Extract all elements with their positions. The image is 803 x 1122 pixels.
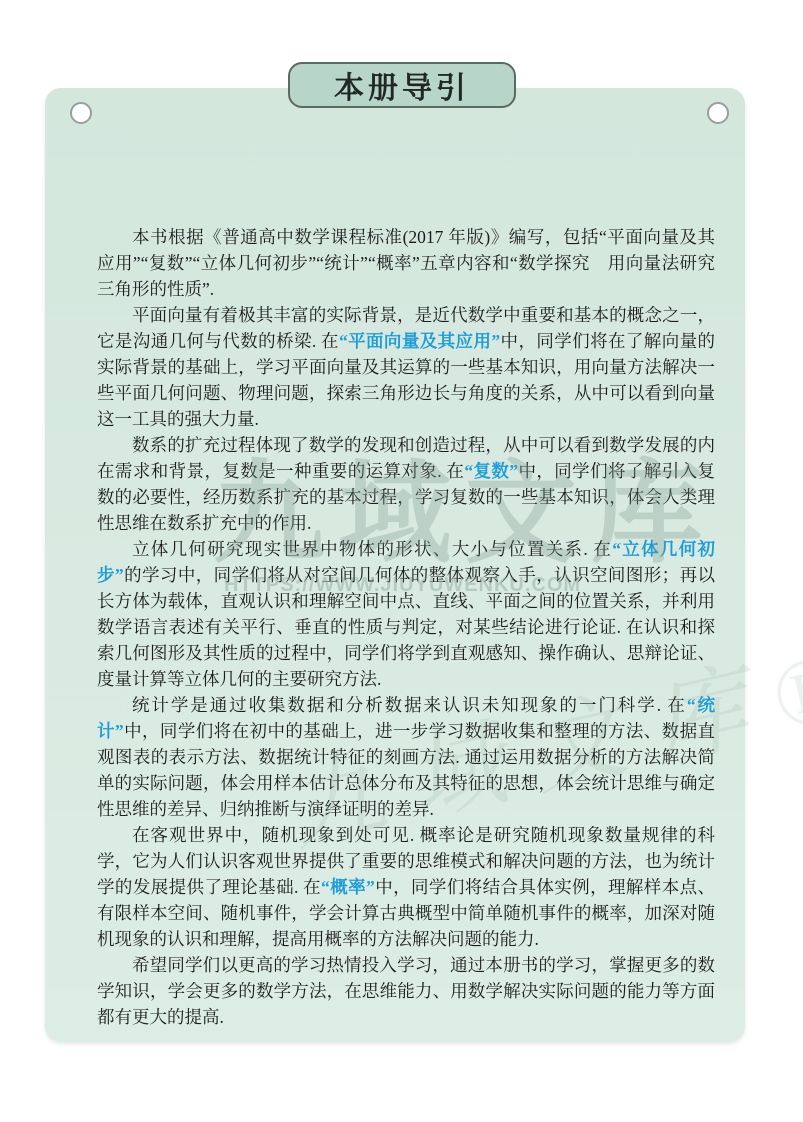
paragraph-text: 希望同学们以更高的学习热情投入学习，通过本册书的学习，掌握更多的数学知识，学会更… — [97, 955, 715, 1027]
binder-hole-left — [70, 102, 92, 124]
paragraph-text: 的学习中，同学们将从对空间几何体的整体观察入手，认识空间图形；再以长方体为载体，… — [97, 565, 715, 689]
paragraph-text: 本书根据《普通高中数学课程标准(2017 年版)》编写，包括“平面向量及其应用”… — [97, 227, 715, 299]
paragraph: 立体几何研究现实世界中物体的形状、大小与位置关系. 在“立体几何初步”的学习中，… — [97, 536, 715, 692]
page-content: 本书根据《普通高中数学课程标准(2017 年版)》编写，包括“平面向量及其应用”… — [97, 224, 715, 1030]
chapter-term-highlight: “复数” — [464, 461, 518, 481]
paragraph: 在客观世界中，随机现象到处可见. 概率论是研究随机现象数量规律的科学，它为人们认… — [97, 822, 715, 952]
paragraph: 希望同学们以更高的学习热情投入学习，通过本册书的学习，掌握更多的数学知识，学会更… — [97, 952, 715, 1030]
page-title-tab: 本册导引 — [288, 62, 516, 108]
paragraph: 统计学是通过收集数据和分析数据来认识未知现象的一门科学. 在“统计”中，同学们将… — [97, 692, 715, 822]
paragraph: 本书根据《普通高中数学课程标准(2017 年版)》编写，包括“平面向量及其应用”… — [97, 224, 715, 302]
binder-hole-right — [707, 102, 729, 124]
page-title: 本册导引 — [334, 63, 470, 107]
paragraph-text: 立体几何研究现实世界中物体的形状、大小与位置关系. 在 — [132, 539, 612, 559]
chapter-term-highlight: “概率” — [321, 877, 375, 897]
paragraph-text: 统计学是通过收集数据和分析数据来认识未知现象的一门科学. 在 — [132, 695, 687, 715]
paragraph-text: 中，同学们将在初中的基础上，进一步学习数据收集和整理的方法、数据直观图表的表示方… — [97, 721, 715, 819]
paragraph: 数系的扩充过程体现了数学的发现和创造过程，从中可以看到数学发展的内在需求和背景，… — [97, 432, 715, 536]
paragraph: 平面向量有着极其丰富的实际背景，是近代数学中重要和基本的概念之一，它是沟通几何与… — [97, 302, 715, 432]
chapter-term-highlight: “平面向量及其应用” — [339, 331, 500, 351]
